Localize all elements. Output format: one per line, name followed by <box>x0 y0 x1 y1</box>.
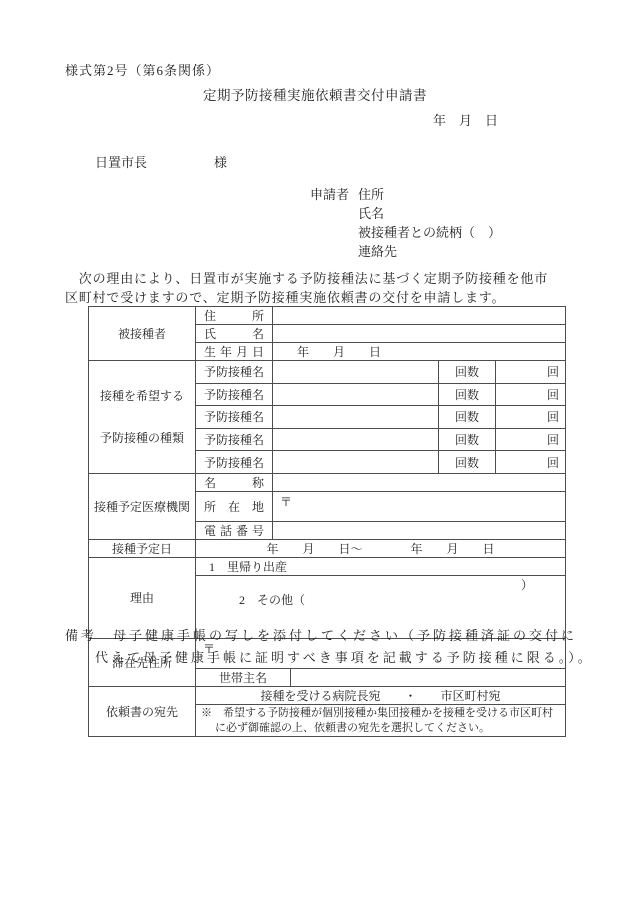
vaccine-count-unit-2: 回 <box>496 383 566 406</box>
vaccine-group-label: 接種を希望する 予防接種の種類 <box>89 361 196 474</box>
institution-group-label: 接種予定医療機関 <box>89 474 196 540</box>
institution-tel-label: 電話番号 <box>196 522 273 540</box>
remarks-line2: 代えて母子健康手帳に証明すべき事項を記載する予防接種に限る。）。 <box>95 647 594 669</box>
document-title: 定期予防接種実施依頼書交付申請書 <box>0 84 630 104</box>
vaccine-count-label-1: 回数 <box>439 361 496 384</box>
applicant-field-name: 氏名 <box>358 204 501 223</box>
request-to-choices: 接種を受ける病院長宛 ・ 市区町村宛 <box>196 687 566 705</box>
remarks-line1: 備考 母子健康手帳の写しを添付してください（予防接種済証の交付に <box>65 625 594 647</box>
applicant-fields: 住所 氏名 被接種者との続柄（ ） 連絡先 <box>358 185 501 261</box>
vaccine-name-field-1 <box>273 361 439 384</box>
recipient-name-label: 氏名 <box>196 325 273 343</box>
schedule-field: 年 月 日～ 年 月 日 <box>196 540 566 558</box>
institution-name-label: 名称 <box>196 474 273 492</box>
intro-line-1: 次の理由により、日置市が実施する予防接種法に基づく定期予防接種を他市 <box>65 269 565 288</box>
vaccine-count-unit-3: 回 <box>496 406 566 429</box>
table-row: 接種を希望する 予防接種の種類 予防接種名 回数 回 <box>89 361 566 384</box>
reason-option-2-text: 2 その他（ <box>239 593 305 607</box>
vaccine-count-unit-1: 回 <box>496 361 566 384</box>
vaccine-name-label-4: 予防接種名 <box>196 428 273 451</box>
vaccine-count-label-5: 回数 <box>439 451 496 474</box>
remarks-note: 備考 母子健康手帳の写しを添付してください（予防接種済証の交付に 代えて母子健康… <box>65 625 594 669</box>
date-line: 年 月 日 <box>433 110 498 129</box>
institution-name-field <box>273 474 566 492</box>
table-row: 理由 1 里帰り出産 <box>89 558 566 576</box>
applicant-label: 申請者 <box>310 185 349 261</box>
vaccine-group-label-line1: 接種を希望する <box>91 389 193 403</box>
vaccine-name-label-5: 予防接種名 <box>196 451 273 474</box>
institution-address-field: 〒 <box>273 492 566 522</box>
vaccine-count-unit-5: 回 <box>496 451 566 474</box>
vaccine-count-label-4: 回数 <box>439 428 496 451</box>
vaccine-name-field-3 <box>273 406 439 429</box>
addressee-honorific: 様 <box>214 155 227 170</box>
vaccine-count-label-3: 回数 <box>439 406 496 429</box>
document-page: 様式第2号（第6条関係） 定期予防接種実施依頼書交付申請書 年 月 日 日置市長… <box>0 0 630 903</box>
vaccine-name-label-3: 予防接種名 <box>196 406 273 429</box>
addressee-line: 日置市長様 <box>95 152 227 171</box>
vaccine-name-field-2 <box>273 383 439 406</box>
request-to-group-label: 依頼書の宛先 <box>89 687 196 737</box>
recipient-birthdate-label: 生年月日 <box>196 343 273 361</box>
applicant-field-contact: 連絡先 <box>358 242 501 261</box>
applicant-field-address: 住所 <box>358 185 501 204</box>
householder-label: 世帯主名 <box>196 669 291 687</box>
application-table: 被接種者 住所 氏名 生年月日 年 月 日 接種を希望する 予防接種の種類 予防… <box>88 306 566 737</box>
table-row: 接種予定医療機関 名称 <box>89 474 566 492</box>
table-row: 依頼書の宛先 接種を受ける病院長宛 ・ 市区町村宛 <box>89 687 566 705</box>
request-to-note: ※ 希望する予防接種が個別接種か集団接種かを接種を受ける市区町村 に必ず御確認の… <box>196 705 566 737</box>
vaccine-name-label-2: 予防接種名 <box>196 383 273 406</box>
form-number: 様式第2号（第6条関係） <box>65 60 220 79</box>
addressee-name: 日置市長 <box>95 155 147 170</box>
recipient-name-field <box>273 325 566 343</box>
table-row: 被接種者 住所 <box>89 307 566 325</box>
vaccine-name-field-4 <box>273 428 439 451</box>
reason-option-1: 1 里帰り出産 <box>196 558 566 576</box>
institution-tel-field <box>273 522 566 540</box>
request-to-note-line2: に必ず御確認の上、依頼書の宛先を選択してください。 <box>201 721 563 736</box>
schedule-label: 接種予定日 <box>89 540 196 558</box>
institution-address-label: 所在地 <box>196 492 273 522</box>
vaccine-name-field-5 <box>273 451 439 474</box>
recipient-address-label: 住所 <box>196 307 273 325</box>
vaccine-group-label-line2: 予防接種の種類 <box>91 431 193 445</box>
vaccine-name-label-1: 予防接種名 <box>196 361 273 384</box>
vaccine-count-label-2: 回数 <box>439 383 496 406</box>
table-row: 接種予定日 年 月 日～ 年 月 日 <box>89 540 566 558</box>
vaccine-count-unit-4: 回 <box>496 428 566 451</box>
recipient-birthdate-field: 年 月 日 <box>273 343 566 361</box>
recipient-address-field <box>273 307 566 325</box>
reason-option-2-close-paren: ） <box>521 576 533 593</box>
intro-paragraph: 次の理由により、日置市が実施する予防接種法に基づく定期予防接種を他市 区町村で受… <box>65 269 565 307</box>
householder-field <box>291 669 566 687</box>
intro-line-2: 区町村で受けますので、定期予防接種実施依頼書の交付を申請します。 <box>65 288 565 307</box>
request-to-note-line1: ※ 希望する予防接種が個別接種か集団接種かを接種を受ける市区町村 <box>201 706 563 721</box>
applicant-block: 申請者 住所 氏名 被接種者との続柄（ ） 連絡先 <box>310 185 501 261</box>
applicant-field-relation: 被接種者との続柄（ ） <box>358 223 501 242</box>
recipient-group-label: 被接種者 <box>89 307 196 361</box>
